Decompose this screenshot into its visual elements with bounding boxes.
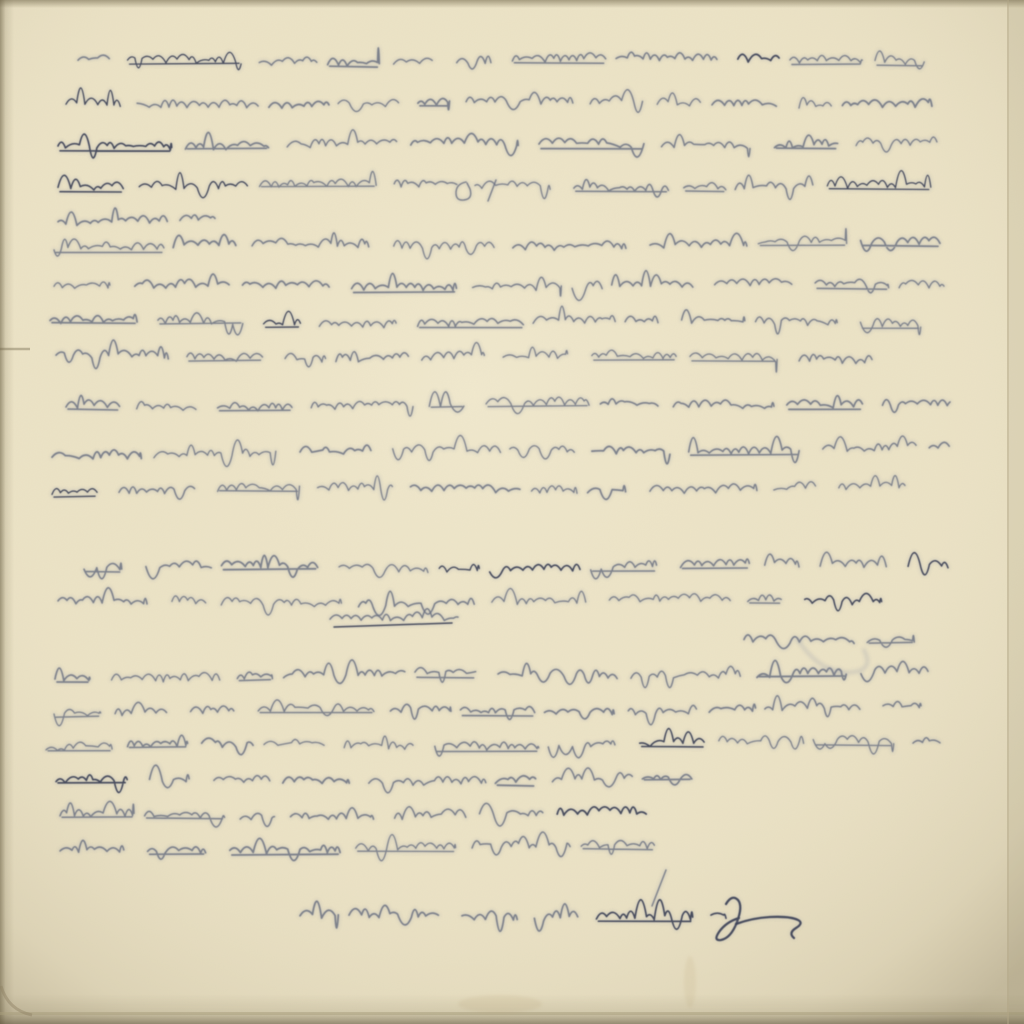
paper-right-edge-strip — [1009, 0, 1024, 1024]
paper-left-edge — [0, 0, 14, 1024]
fold-crease — [0, 347, 1024, 349]
paper-top-edge — [0, 0, 1024, 8]
paper-bottom-edge-line — [0, 1012, 1024, 1015]
paper-bottom-edge — [0, 994, 1024, 1024]
letter-page — [0, 0, 1024, 1024]
paper-right-edge-line — [1007, 0, 1009, 1024]
letter-scan: Photograph of an aged cream-colored lett… — [0, 0, 1024, 1024]
